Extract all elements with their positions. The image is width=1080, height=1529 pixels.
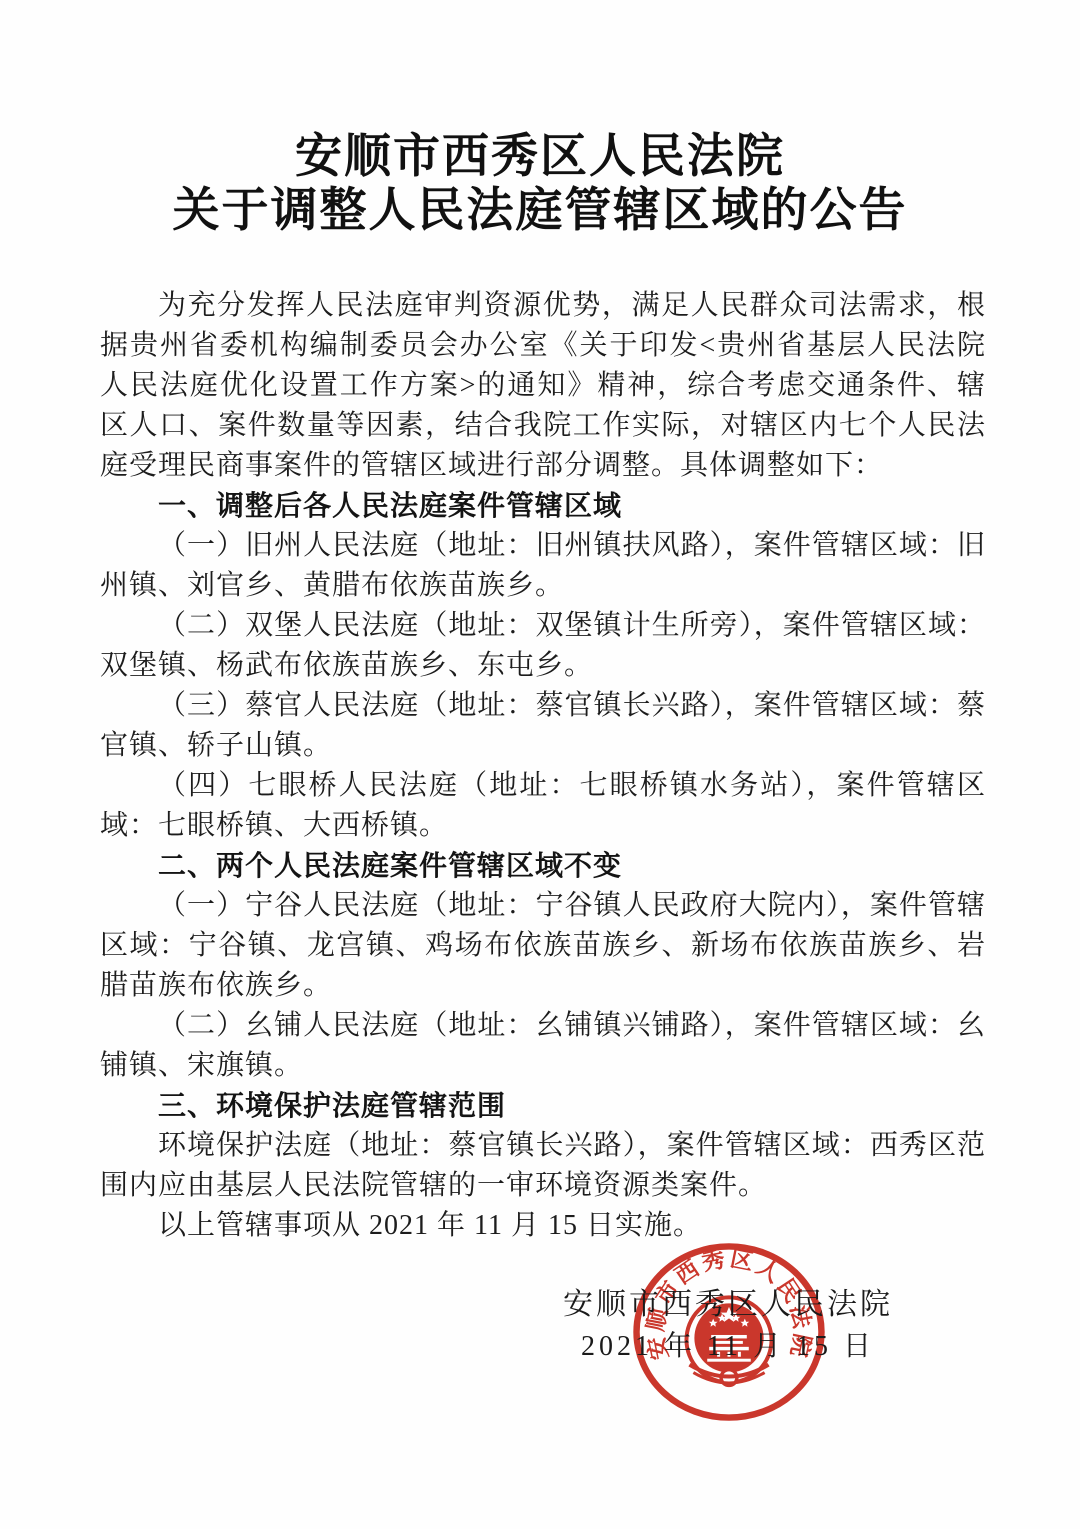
document-body: 为充分发挥人民法庭审判资源优势，满足人民群众司法需求，根据贵州省委机构编制委员会… (100, 286, 986, 1246)
document-title: 安顺市西秀区人民法院 关于调整人民法庭管辖区域的公告 (0, 0, 1080, 238)
scanned-notice-page: 安顺市西秀区人民法院 关于调整人民法庭管辖区域的公告 为充分发挥人民法庭审判资源… (0, 0, 1080, 1529)
signature-date: 2021 年 11 月 15 日 (478, 1326, 978, 1368)
signature-block: 安顺市西秀区人民法院 2021 年 11 月 15 日 (478, 1284, 978, 1368)
section1-item-1: （一）旧州人民法庭（地址：旧州镇扶风路），案件管辖区域：旧州镇、刘官乡、黄腊布依… (100, 526, 986, 606)
section2-item-2: （二）幺铺人民法庭（地址：幺铺镇兴铺路），案件管辖区域：幺铺镇、宋旗镇。 (100, 1006, 986, 1086)
section1-item-2: （二）双堡人民法庭（地址：双堡镇计生所旁），案件管辖区域：双堡镇、杨武布依族苗族… (100, 606, 986, 686)
effective-date-paragraph: 以上管辖事项从 2021 年 11 月 15 日实施。 (100, 1206, 986, 1246)
signature-org: 安顺市西秀区人民法院 (478, 1284, 978, 1326)
section2-heading: 二、两个人民法庭案件管辖区域不变 (100, 846, 986, 886)
section1-item-3: （三）蔡官人民法庭（地址：蔡官镇长兴路），案件管辖区域：蔡官镇、轿子山镇。 (100, 686, 986, 766)
section3-paragraph: 环境保护法庭（地址：蔡官镇长兴路），案件管辖区域：西秀区范围内应由基层人民法院管… (100, 1126, 986, 1206)
title-line-2: 关于调整人民法庭管辖区域的公告 (0, 184, 1080, 238)
intro-paragraph: 为充分发挥人民法庭审判资源优势，满足人民群众司法需求，根据贵州省委机构编制委员会… (100, 286, 986, 486)
section1-heading: 一、调整后各人民法庭案件管辖区域 (100, 486, 986, 526)
section3-heading: 三、环境保护法庭管辖范围 (100, 1086, 986, 1126)
section2-item-1: （一）宁谷人民法庭（地址：宁谷镇人民政府大院内），案件管辖区域：宁谷镇、龙宫镇、… (100, 886, 986, 1006)
section1-item-4: （四）七眼桥人民法庭（地址：七眼桥镇水务站），案件管辖区域：七眼桥镇、大西桥镇。 (100, 766, 986, 846)
title-line-1: 安顺市西秀区人民法院 (0, 130, 1080, 184)
